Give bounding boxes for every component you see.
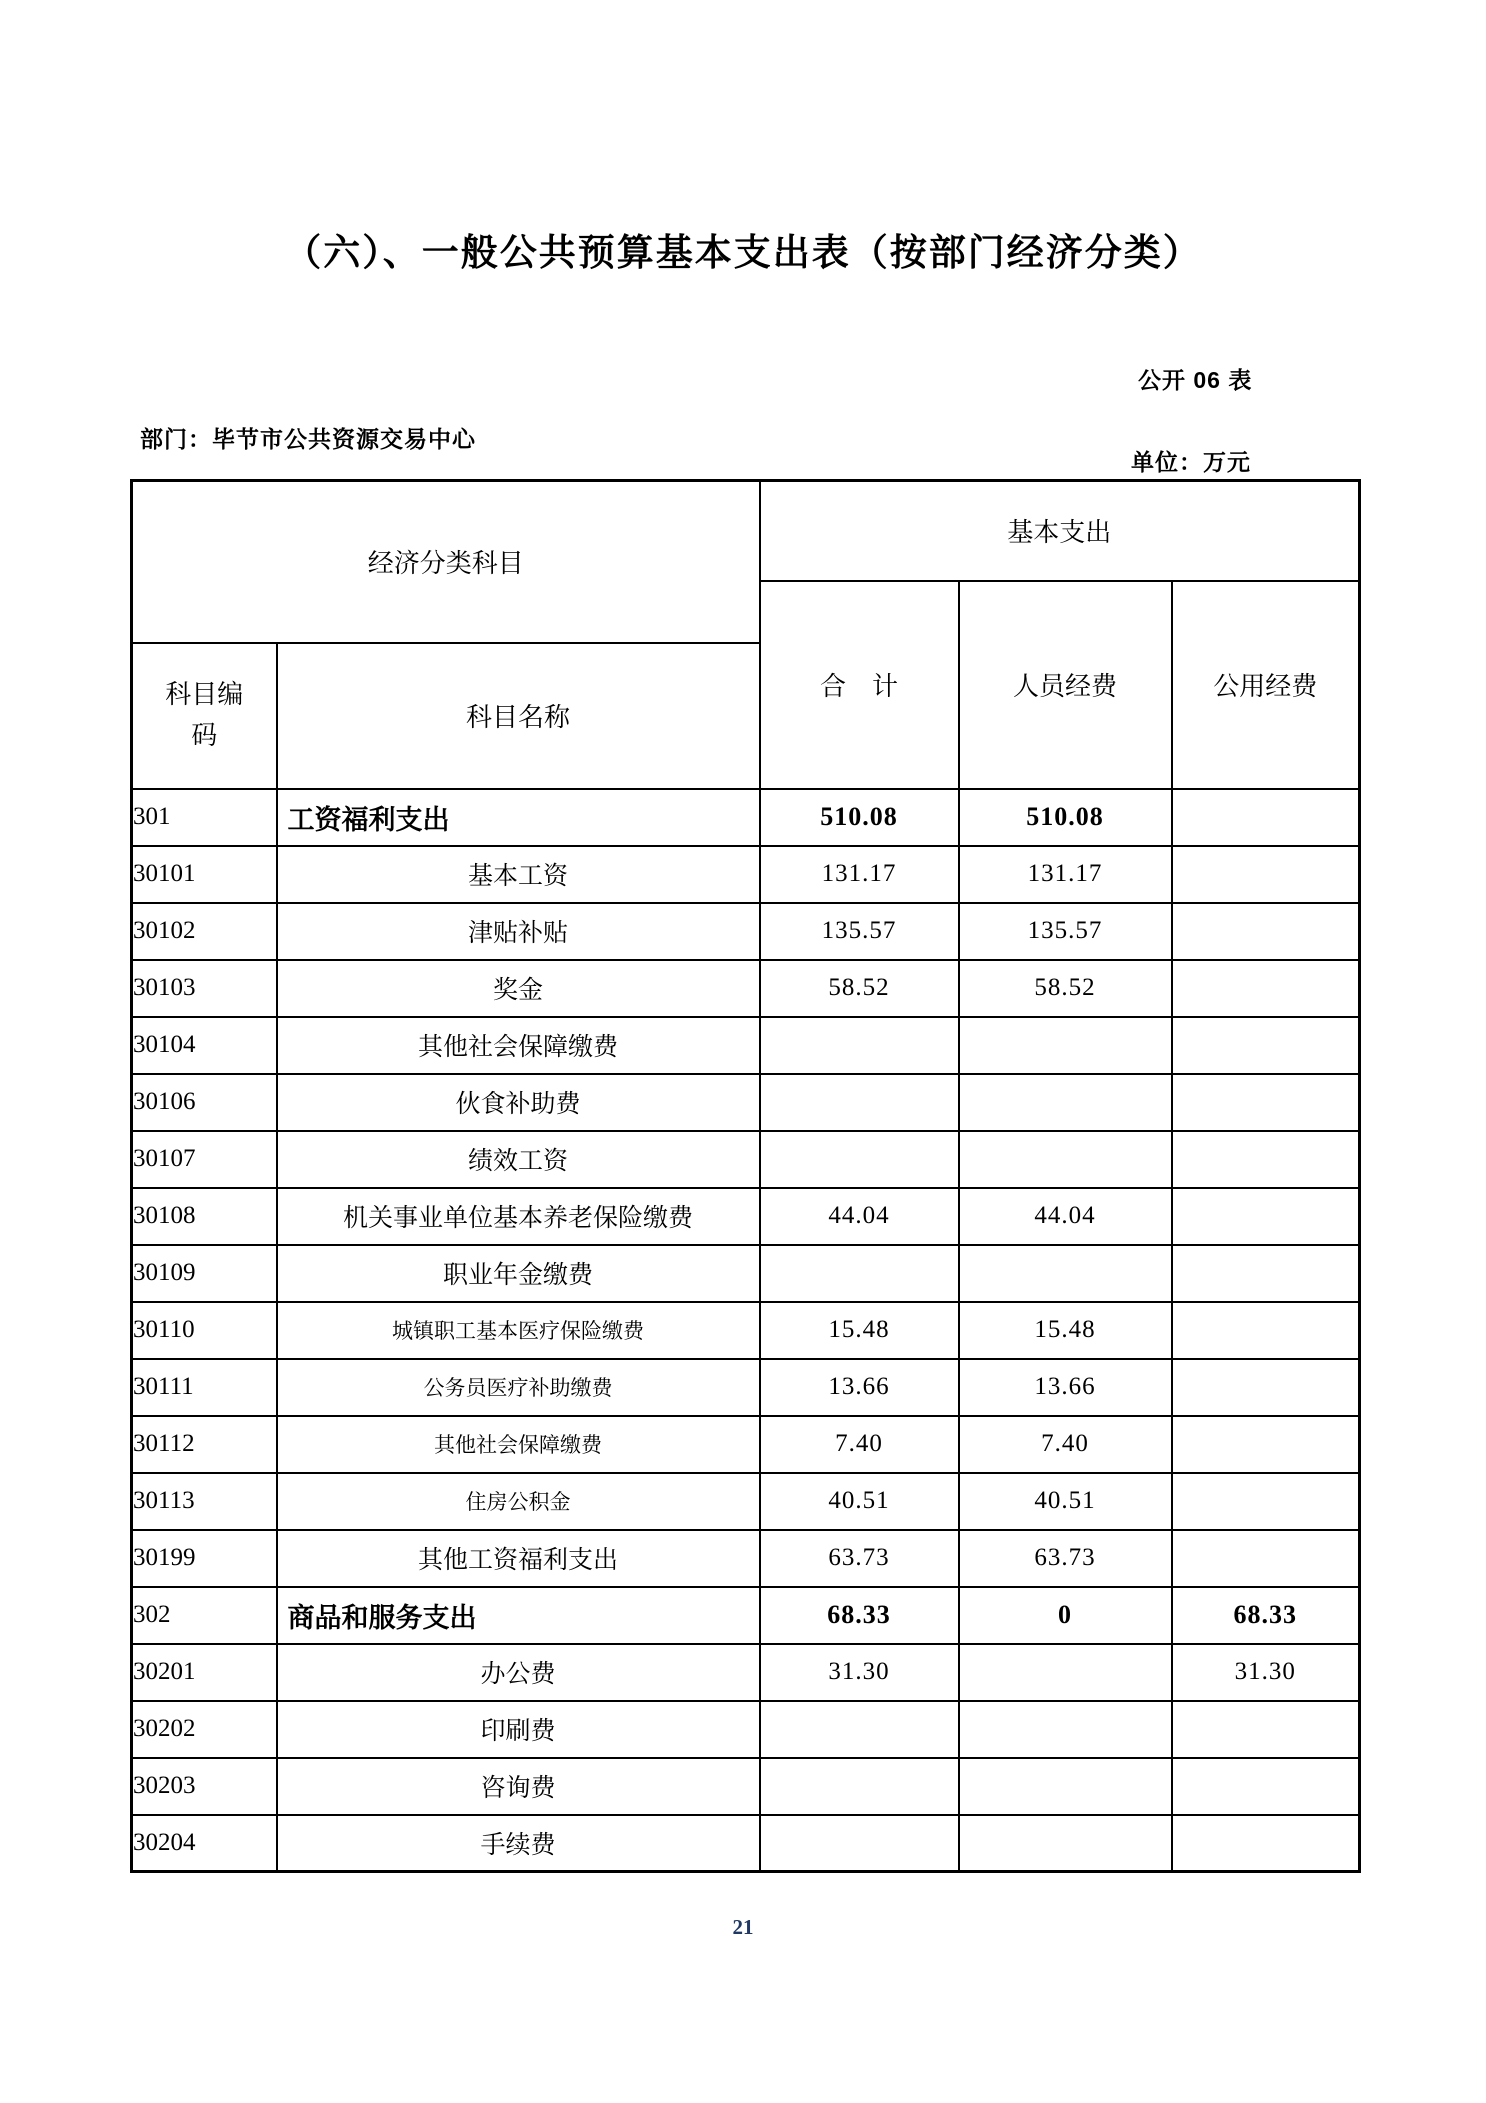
cell-subject-code: 30103 <box>132 960 277 1017</box>
cell-public-funds <box>1172 1017 1360 1074</box>
cell-public-funds <box>1172 1473 1360 1530</box>
cell-personnel-funds: 510.08 <box>959 789 1172 846</box>
cell-public-funds <box>1172 846 1360 903</box>
table-row: 30113 住房公积金 40.51 40.51 <box>132 1473 1360 1530</box>
cell-subject-code: 30110 <box>132 1302 277 1359</box>
table-row: 30109 职业年金缴费 <box>132 1245 1360 1302</box>
cell-personnel-funds: 44.04 <box>959 1188 1172 1245</box>
cell-subject-code: 30111 <box>132 1359 277 1416</box>
cell-subject-name: 公务员医疗补助缴费 <box>277 1359 760 1416</box>
cell-public-funds <box>1172 1530 1360 1587</box>
cell-total <box>760 1758 959 1815</box>
cell-public-funds: 68.33 <box>1172 1587 1360 1644</box>
cell-subject-code: 30203 <box>132 1758 277 1815</box>
cell-subject-name: 其他社会保障缴费 <box>277 1017 760 1074</box>
cell-personnel-funds <box>959 1131 1172 1188</box>
cell-subject-code: 302 <box>132 1587 277 1644</box>
unit-label: 单位：万元 <box>1131 444 1251 477</box>
table-row: 30107 绩效工资 <box>132 1131 1360 1188</box>
table-row: 301 工资福利支出 510.08 510.08 <box>132 789 1360 846</box>
cell-subject-code: 30108 <box>132 1188 277 1245</box>
cell-public-funds <box>1172 903 1360 960</box>
table-row: 30112 其他社会保障缴费 7.40 7.40 <box>132 1416 1360 1473</box>
cell-personnel-funds <box>959 1644 1172 1701</box>
cell-subject-name: 城镇职工基本医疗保险缴费 <box>277 1302 760 1359</box>
cell-personnel-funds <box>959 1701 1172 1758</box>
cell-personnel-funds <box>959 1245 1172 1302</box>
table-row: 30203 咨询费 <box>132 1758 1360 1815</box>
cell-subject-code: 30109 <box>132 1245 277 1302</box>
cell-total: 7.40 <box>760 1416 959 1473</box>
cell-subject-name: 机关事业单位基本养老保险缴费 <box>277 1188 760 1245</box>
table-row: 30110 城镇职工基本医疗保险缴费 15.48 15.48 <box>132 1302 1360 1359</box>
cell-subject-name: 伙食补助费 <box>277 1074 760 1131</box>
cell-subject-code: 30107 <box>132 1131 277 1188</box>
cell-total <box>760 1131 959 1188</box>
table-row: 30111 公务员医疗补助缴费 13.66 13.66 <box>132 1359 1360 1416</box>
table-row: 30101 基本工资 131.17 131.17 <box>132 846 1360 903</box>
cell-subject-code: 30102 <box>132 903 277 960</box>
cell-subject-code: 30202 <box>132 1701 277 1758</box>
cell-personnel-funds: 13.66 <box>959 1359 1172 1416</box>
cell-subject-code: 30104 <box>132 1017 277 1074</box>
cell-subject-name: 其他社会保障缴费 <box>277 1416 760 1473</box>
cell-public-funds <box>1172 1074 1360 1131</box>
cell-total <box>760 1701 959 1758</box>
cell-public-funds <box>1172 1245 1360 1302</box>
cell-public-funds <box>1172 1302 1360 1359</box>
cell-public-funds <box>1172 789 1360 846</box>
table-row: 30106 伙食补助费 <box>132 1074 1360 1131</box>
cell-total: 131.17 <box>760 846 959 903</box>
cell-personnel-funds: 135.57 <box>959 903 1172 960</box>
cell-subject-name: 咨询费 <box>277 1758 760 1815</box>
cell-total <box>760 1017 959 1074</box>
budget-table: 经济分类科目 基本支出 合 计 人员经费 公用经费 科目编码 科目名称 301 … <box>130 479 1361 1873</box>
cell-subject-code: 30101 <box>132 846 277 903</box>
cell-subject-name: 手续费 <box>277 1815 760 1872</box>
cell-subject-name: 基本工资 <box>277 846 760 903</box>
cell-public-funds <box>1172 1416 1360 1473</box>
header-public-funds: 公用经费 <box>1172 581 1360 789</box>
cell-personnel-funds: 131.17 <box>959 846 1172 903</box>
page-number: 21 <box>0 1915 1486 1940</box>
cell-personnel-funds: 63.73 <box>959 1530 1172 1587</box>
cell-total <box>760 1815 959 1872</box>
header-personnel-funds: 人员经费 <box>959 581 1172 789</box>
cell-personnel-funds <box>959 1074 1172 1131</box>
cell-total: 135.57 <box>760 903 959 960</box>
cell-total: 13.66 <box>760 1359 959 1416</box>
cell-subject-name: 商品和服务支出 <box>277 1587 760 1644</box>
document-page: （六）、一般公共预算基本支出表（按部门经济分类） 公开 06 表 部门：毕节市公… <box>0 0 1486 2103</box>
table-row: 302 商品和服务支出 68.33 0 68.33 <box>132 1587 1360 1644</box>
table-row: 30102 津贴补贴 135.57 135.57 <box>132 903 1360 960</box>
cell-total: 44.04 <box>760 1188 959 1245</box>
cell-total: 68.33 <box>760 1587 959 1644</box>
table-row: 30108 机关事业单位基本养老保险缴费 44.04 44.04 <box>132 1188 1360 1245</box>
cell-public-funds <box>1172 1359 1360 1416</box>
cell-public-funds <box>1172 1701 1360 1758</box>
header-subject-code: 科目编码 <box>132 643 277 789</box>
cell-total <box>760 1074 959 1131</box>
cell-subject-code: 30199 <box>132 1530 277 1587</box>
page-title: （六）、一般公共预算基本支出表（按部门经济分类） <box>0 222 1486 276</box>
cell-subject-name: 津贴补贴 <box>277 903 760 960</box>
cell-subject-code: 30112 <box>132 1416 277 1473</box>
cell-subject-name: 办公费 <box>277 1644 760 1701</box>
cell-public-funds <box>1172 960 1360 1017</box>
cell-subject-code: 301 <box>132 789 277 846</box>
cell-subject-name: 工资福利支出 <box>277 789 760 846</box>
cell-public-funds <box>1172 1131 1360 1188</box>
table-row: 30104 其他社会保障缴费 <box>132 1017 1360 1074</box>
table-row: 30103 奖金 58.52 58.52 <box>132 960 1360 1017</box>
cell-subject-name: 绩效工资 <box>277 1131 760 1188</box>
table-row: 30204 手续费 <box>132 1815 1360 1872</box>
header-economic-classification: 经济分类科目 <box>132 481 760 643</box>
cell-personnel-funds: 7.40 <box>959 1416 1172 1473</box>
cell-total: 31.30 <box>760 1644 959 1701</box>
cell-personnel-funds <box>959 1758 1172 1815</box>
table-row: 30201 办公费 31.30 31.30 <box>132 1644 1360 1701</box>
cell-total: 510.08 <box>760 789 959 846</box>
cell-personnel-funds: 40.51 <box>959 1473 1172 1530</box>
header-subject-code-text: 科目编码 <box>164 675 245 756</box>
cell-subject-code: 30113 <box>132 1473 277 1530</box>
cell-total <box>760 1245 959 1302</box>
table-header: 经济分类科目 基本支出 合 计 人员经费 公用经费 科目编码 科目名称 <box>132 481 1360 789</box>
cell-personnel-funds <box>959 1815 1172 1872</box>
department-label: 部门：毕节市公共资源交易中心 <box>140 421 476 454</box>
table-body: 301 工资福利支出 510.08 510.08 30101 基本工资 131.… <box>132 789 1360 1872</box>
cell-subject-code: 30204 <box>132 1815 277 1872</box>
cell-total: 63.73 <box>760 1530 959 1587</box>
cell-personnel-funds: 58.52 <box>959 960 1172 1017</box>
cell-public-funds <box>1172 1188 1360 1245</box>
cell-subject-code: 30201 <box>132 1644 277 1701</box>
table-row: 30202 印刷费 <box>132 1701 1360 1758</box>
form-code-label: 公开 06 表 <box>1138 362 1252 395</box>
table-row: 30199 其他工资福利支出 63.73 63.73 <box>132 1530 1360 1587</box>
cell-subject-code: 30106 <box>132 1074 277 1131</box>
header-total: 合 计 <box>760 581 959 789</box>
header-basic-expenditure: 基本支出 <box>760 481 1360 581</box>
cell-public-funds <box>1172 1758 1360 1815</box>
cell-subject-name: 其他工资福利支出 <box>277 1530 760 1587</box>
cell-total: 58.52 <box>760 960 959 1017</box>
cell-subject-name: 奖金 <box>277 960 760 1017</box>
cell-subject-name: 印刷费 <box>277 1701 760 1758</box>
cell-personnel-funds: 0 <box>959 1587 1172 1644</box>
cell-total: 40.51 <box>760 1473 959 1530</box>
cell-public-funds <box>1172 1815 1360 1872</box>
cell-personnel-funds <box>959 1017 1172 1074</box>
cell-subject-name: 住房公积金 <box>277 1473 760 1530</box>
cell-public-funds: 31.30 <box>1172 1644 1360 1701</box>
header-subject-name: 科目名称 <box>277 643 760 789</box>
cell-personnel-funds: 15.48 <box>959 1302 1172 1359</box>
cell-subject-name: 职业年金缴费 <box>277 1245 760 1302</box>
cell-total: 15.48 <box>760 1302 959 1359</box>
